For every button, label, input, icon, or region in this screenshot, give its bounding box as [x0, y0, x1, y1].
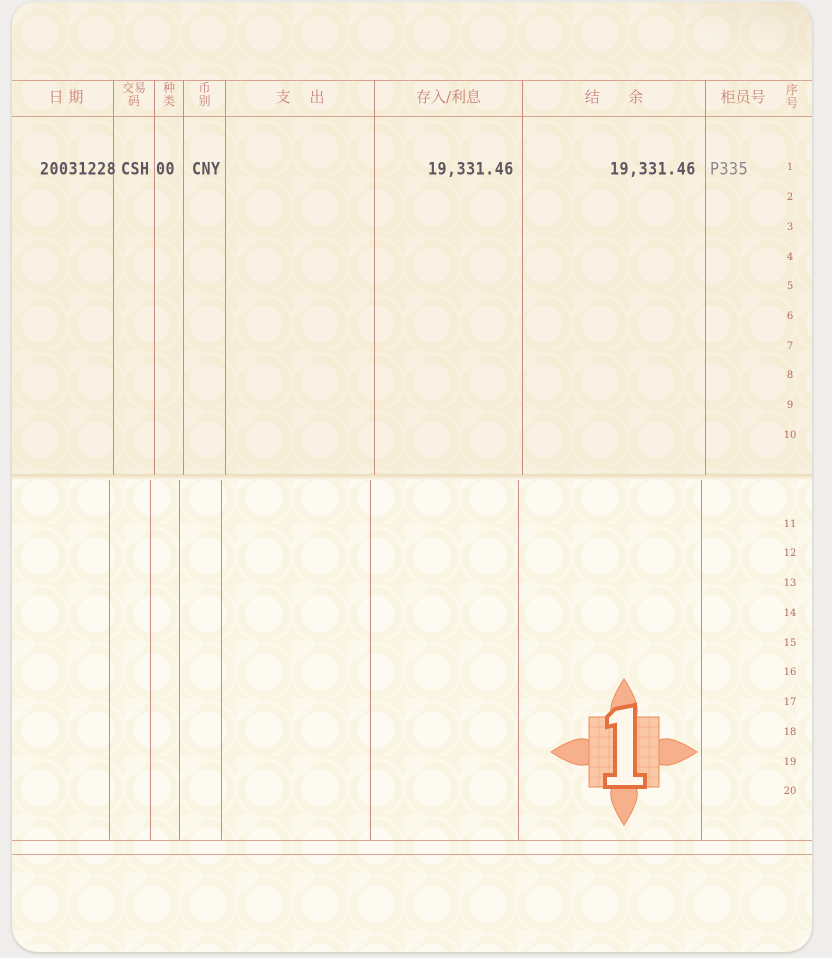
header-txn-code-line2: 码 — [114, 95, 154, 108]
seq-number: 19 — [782, 757, 798, 768]
row1-txn-code: CSH — [121, 159, 150, 180]
seq-number: 10 — [782, 430, 798, 441]
col-divider-date — [113, 80, 114, 475]
col-divider-balance-lower — [701, 480, 702, 840]
col-divider-withdrawal — [374, 80, 375, 475]
header-type-line2: 类 — [155, 95, 183, 108]
seq-number: 17 — [782, 697, 798, 708]
row1-deposit-interest: 19,331.46 — [428, 159, 514, 180]
row1-type: 00 — [156, 159, 175, 180]
seq-number: 3 — [782, 222, 798, 233]
footer-rule-1 — [12, 840, 812, 841]
header-currency-line2: 别 — [184, 95, 225, 108]
row1-teller-no: P335 — [710, 159, 748, 180]
corner-crease — [662, 2, 812, 72]
header-deposit-interest: 存入/利息 — [375, 90, 522, 105]
seq-number: 18 — [782, 727, 798, 738]
seq-number: 13 — [782, 578, 798, 589]
col-divider-date-lower — [109, 480, 110, 840]
header-balance: 结 余 — [523, 90, 705, 105]
header-date: 日 期 — [26, 90, 106, 105]
page-fold — [12, 474, 812, 480]
col-divider-currency-lower — [221, 480, 222, 840]
header-currency: 币 别 — [184, 82, 225, 108]
seq-number: 16 — [782, 667, 798, 678]
page-number-emblem-icon — [549, 677, 699, 827]
header-bottom-rule — [12, 116, 812, 117]
upper-leaf — [12, 2, 812, 477]
col-divider-txn-lower — [150, 480, 151, 840]
seq-number: 1 — [782, 162, 798, 173]
header-txn-code: 交易 码 — [114, 82, 154, 108]
col-divider-txn — [154, 80, 155, 475]
header-teller-no: 柜员号 — [710, 90, 776, 105]
seq-number: 14 — [782, 608, 798, 619]
col-divider-deposit-lower — [518, 480, 519, 840]
seq-number: 20 — [782, 786, 798, 797]
header-seq: 序 号 — [782, 84, 802, 110]
col-divider-type — [183, 80, 184, 475]
seq-number: 15 — [782, 638, 798, 649]
row1-balance: 19,331.46 — [610, 159, 696, 180]
seq-number: 8 — [782, 370, 798, 381]
header-type: 种 类 — [155, 82, 183, 108]
seq-number: 6 — [782, 311, 798, 322]
header-seq-line2: 号 — [782, 97, 802, 110]
col-divider-balance — [705, 80, 706, 475]
row1-currency: CNY — [192, 159, 221, 180]
seq-number: 12 — [782, 548, 798, 559]
seq-number: 7 — [782, 341, 798, 352]
seq-number: 11 — [782, 519, 798, 530]
seq-number: 9 — [782, 400, 798, 411]
seq-number: 5 — [782, 281, 798, 292]
col-divider-deposit — [522, 80, 523, 475]
col-divider-currency — [225, 80, 226, 475]
header-withdrawal: 支 出 — [226, 90, 374, 105]
seq-number: 2 — [782, 192, 798, 203]
col-divider-type-lower — [179, 480, 180, 840]
seq-number: 4 — [782, 252, 798, 263]
row1-date: 20031228 — [40, 159, 116, 180]
footer-rule-2 — [12, 854, 812, 855]
passbook-page: 日 期 交易 码 种 类 币 别 支 出 存入/利息 结 余 柜员号 序 号 2… — [12, 2, 812, 952]
col-divider-withdrawal-lower — [370, 480, 371, 840]
